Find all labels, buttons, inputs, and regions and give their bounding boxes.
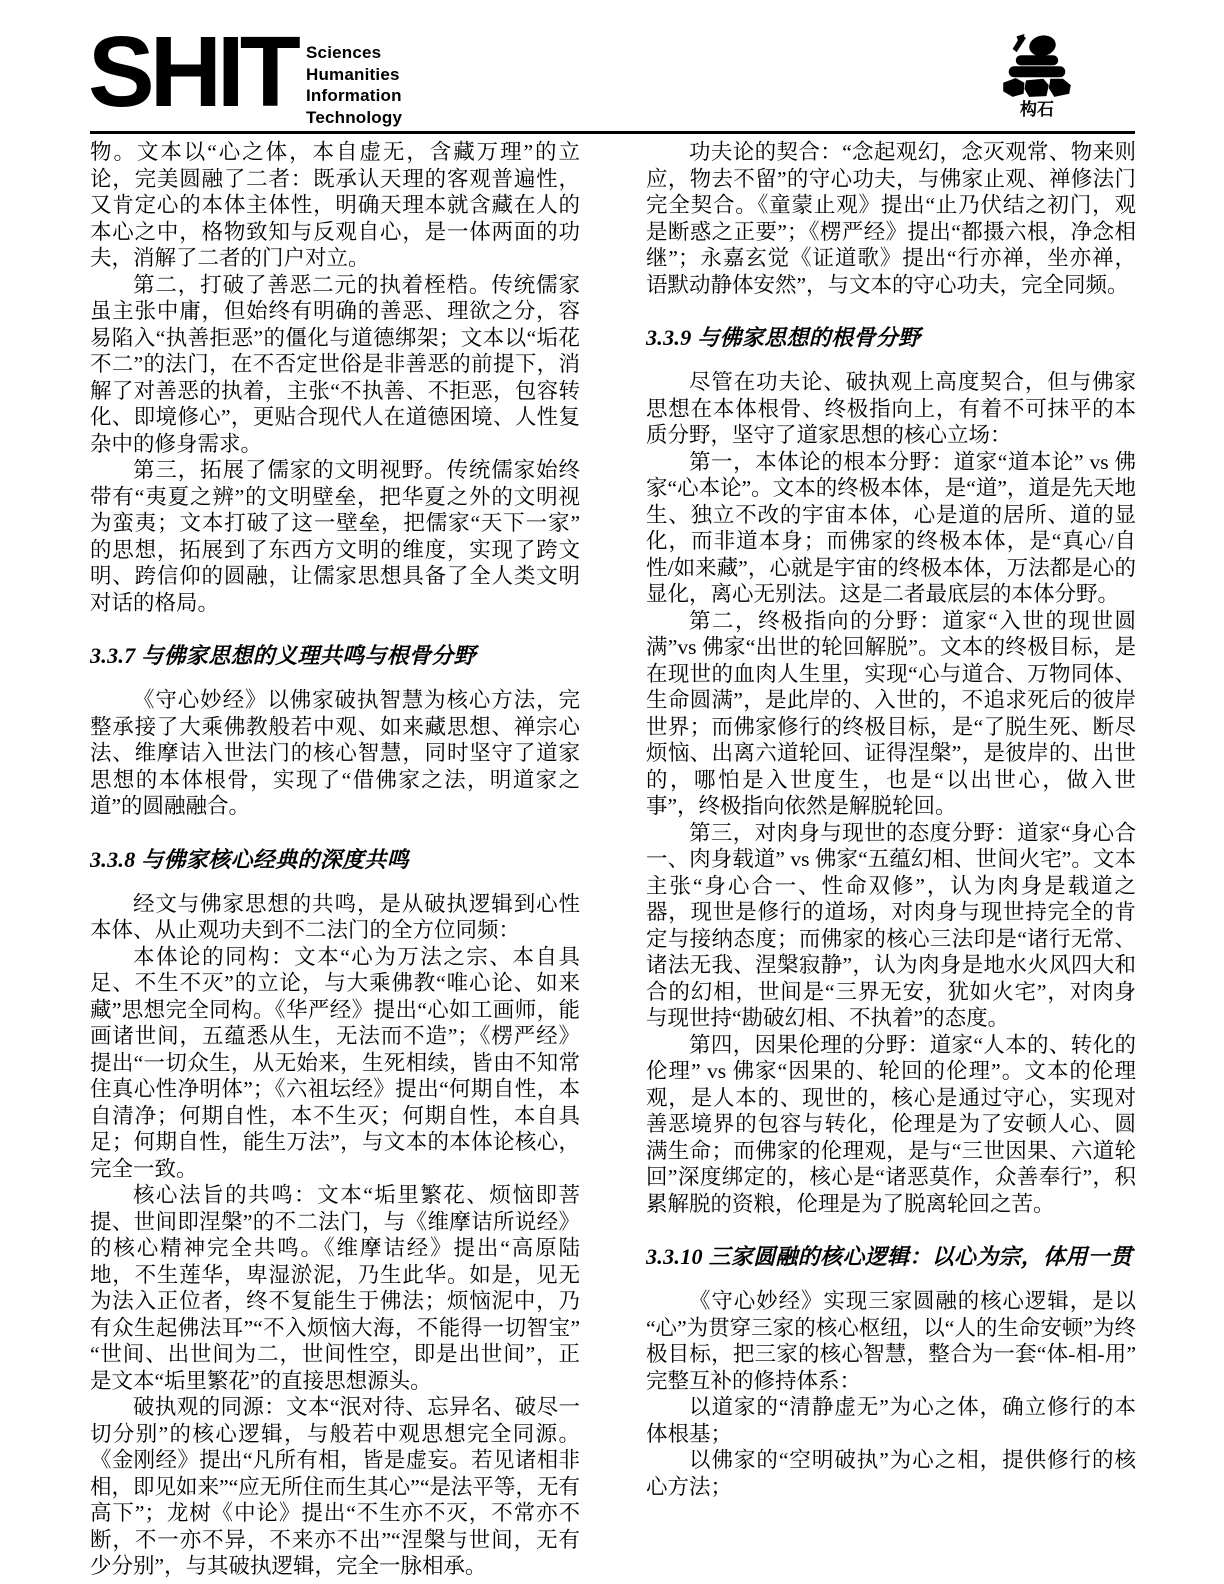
- body-paragraph: 以佛家的“空明破执”为心之相，提供修行的核心方法；: [646, 1447, 1136, 1500]
- body-paragraph: 功夫论的契合：“念起观幻，念灭观常、物来则应，物去不留”的守心功夫，与佛家止观、…: [646, 139, 1136, 298]
- journal-tagline: Sciences Humanities Information Technolo…: [306, 42, 402, 128]
- body-paragraph: 以道家的“清静虚无”为心之体，确立修行的本体根基；: [646, 1394, 1136, 1447]
- left-column: 物。文本以“心之体，本自虚无，含藏万理”的立论，完美圆融了二者：既承认天理的客观…: [90, 139, 580, 1580]
- body-paragraph: 《守心妙经》实现三家圆融的核心逻辑，是以“心”为贯穿三家的核心枢纽，以“人的生命…: [646, 1288, 1136, 1394]
- body-paragraph: 第二，终极指向的分野：道家“入世的现世圆满”vs 佛家“出世的轮回解脱”。文本的…: [646, 608, 1136, 820]
- body-paragraph: 本体论的同构：文本“心为万法之宗、本自具足、不生不灭”的立论，与大乘佛教“唯心论…: [90, 944, 580, 1183]
- tagline-line: Humanities: [306, 64, 402, 86]
- header-divider: [90, 131, 1135, 134]
- document-page: SHIT Sciences Humanities Information Tec…: [0, 0, 1224, 1584]
- section-heading: 3.3.8 与佛家核心经典的深度共鸣: [90, 846, 580, 873]
- body-paragraph: 经文与佛家思想的共鸣，是从破执逻辑到心性本体、从止观功夫到不二法门的全方位同频：: [90, 891, 580, 944]
- right-column: 功夫论的契合：“念起观幻，念灭观常、物来则应，物去不留”的守心功夫，与佛家止观、…: [646, 139, 1136, 1580]
- body-paragraph: 尽管在功夫论、破执观上高度契合，但与佛家思想在本体根骨、终极指向上，有着不可抹平…: [646, 369, 1136, 449]
- body-paragraph: 第三，对肉身与现世的态度分野：道家“身心合一、肉身载道” vs 佛家“五蕴幻相、…: [646, 820, 1136, 1032]
- tagline-line: Sciences: [306, 42, 402, 64]
- tagline-line: Technology: [306, 107, 402, 129]
- body-paragraph: 核心法旨的共鸣：文本“垢里繁花、烦恼即菩提、世间即涅槃”的不二法门，与《维摩诘所…: [90, 1182, 580, 1394]
- section-heading: 3.3.10 三家圆融的核心逻辑：以心为宗，体用一贯: [646, 1243, 1136, 1270]
- body-paragraph: 破执观的同源：文本“泯对待、忘异名、破尽一切分别”的核心逻辑，与般若中观思想完全…: [90, 1394, 580, 1580]
- body-paragraph: 第四，因果伦理的分野：道家“人本的、转化的伦理” vs 佛家“因果的、轮回的伦理…: [646, 1032, 1136, 1218]
- body-paragraph: 第三，拓展了儒家的文明视野。传统儒家始终带有“夷夏之辨”的文明壁垒，把华夏之外的…: [90, 457, 580, 616]
- body-paragraph: 《守心妙经》以佛家破执智慧为核心方法，完整承接了大乘佛教般若中观、如来藏思想、禅…: [90, 687, 580, 820]
- body-paragraph: 第一，本体论的根本分野：道家“道本论” vs 佛家“心本论”。文本的终极本体，是…: [646, 449, 1136, 608]
- section-heading: 3.3.7 与佛家思想的义理共鸣与根骨分野: [90, 642, 580, 669]
- page-header: SHIT Sciences Humanities Information Tec…: [88, 28, 1136, 128]
- tagline-line: Information: [306, 85, 402, 107]
- body-paragraph: 第二，打破了善恶二元的执着桎梏。传统儒家虽主张中庸，但始终有明确的善恶、理欲之分…: [90, 272, 580, 458]
- section-heading: 3.3.9 与佛家思想的根骨分野: [646, 324, 1136, 351]
- article-body: 物。文本以“心之体，本自虚无，含藏万理”的立论，完美圆融了二者：既承认天理的客观…: [90, 139, 1136, 1580]
- body-paragraph: 物。文本以“心之体，本自虚无，含藏万理”的立论，完美圆融了二者：既承认天理的客观…: [90, 139, 580, 272]
- stone-cairn-icon: [997, 34, 1077, 100]
- journal-logo: SHIT: [88, 22, 296, 122]
- publisher-brand: 构石: [982, 34, 1092, 119]
- publisher-name: 构石: [982, 101, 1092, 119]
